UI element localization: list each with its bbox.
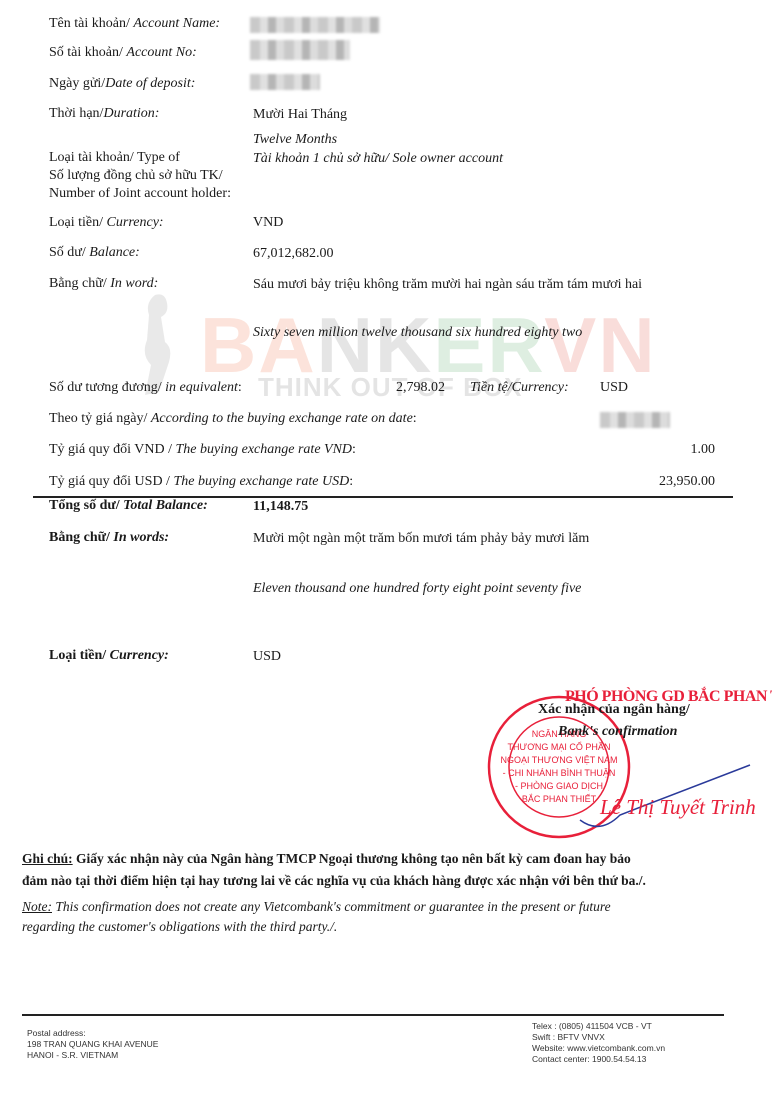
- deposit-date-label: Ngày gửi/Date of deposit:: [49, 76, 195, 92]
- total-words-en: Eleven thousand one hundred forty eight …: [253, 581, 581, 597]
- in-word-label: Bằng chữ/ In word:: [49, 276, 158, 292]
- joint-holders-label: Số lượng đồng chủ sở hữu TK/: [49, 168, 223, 184]
- rate-usd-label: Tỷ giá quy đổi USD / The buying exchange…: [49, 474, 353, 490]
- total-words-label: Bằng chữ/ In words:: [49, 530, 169, 546]
- note-vi-line1: Ghi chú: Giấy xác nhận này của Ngân hàng…: [22, 851, 631, 867]
- duration-label: Thời hạn/Duration:: [49, 106, 159, 122]
- equivalent-label: Số dư tương đương/ in equivalent:: [49, 380, 242, 396]
- note-en-line1: Note: This confirmation does not create …: [22, 899, 611, 915]
- account-no-label: Số tài khoản/ Account No:: [49, 45, 197, 61]
- confirmation-line2: Bank's confirmation: [558, 724, 677, 740]
- note-en-line2: regarding the customer's obligations wit…: [22, 919, 337, 935]
- currency-label: Loại tiền/ Currency:: [49, 215, 164, 231]
- watermark-bankervn: BANKERVN: [200, 300, 657, 391]
- in-word-value-vi: Sáu mươi bảy triệu không trăm mười hai n…: [253, 277, 642, 293]
- rate-date-label: Theo tỷ giá ngày/ According to the buyin…: [49, 411, 417, 427]
- signature-name: Lê Thị Tuyết Trinh: [600, 795, 756, 820]
- svg-text:THƯƠNG MẠI CỔ PHẦN: THƯƠNG MẠI CỔ PHẦN: [508, 741, 611, 752]
- currency-value: VND: [253, 215, 283, 231]
- equivalent-currency-value: USD: [600, 380, 628, 396]
- total-currency-label: Loại tiền/ Currency:: [49, 648, 169, 664]
- account-name-label: Tên tài khoản/ Account Name:: [49, 16, 220, 32]
- balance-label: Số dư/ Balance:: [49, 245, 140, 261]
- equivalent-currency-label: Tiền tệ/Currency:: [470, 380, 569, 396]
- in-word-value-en: Sixty seven million twelve thousand six …: [253, 325, 582, 341]
- deposit-date-value-redacted: [250, 74, 320, 90]
- account-type-value: Tài khoản 1 chủ sở hữu/ Sole owner accou…: [253, 151, 503, 167]
- rate-date-value-redacted: [600, 412, 670, 428]
- total-balance-value: 11,148.75: [253, 499, 308, 515]
- rate-vnd-value: 1.00: [691, 442, 716, 458]
- balance-value: 67,012,682.00: [253, 246, 334, 262]
- total-words-vi: Mười một ngàn một trăm bốn mươi tám phảy…: [253, 531, 589, 547]
- footer-divider: [22, 1014, 724, 1016]
- account-no-value-redacted: [250, 40, 350, 60]
- account-type-label: Loại tài khoản/ Type of: [49, 150, 180, 166]
- total-balance-label: Tổng số dư/ Total Balance:: [49, 498, 208, 514]
- duration-value-en: Twelve Months: [253, 132, 337, 148]
- footer-contact: Telex : (0805) 411504 VCB - VT Swift : B…: [532, 1021, 665, 1065]
- rate-usd-value: 23,950.00: [659, 474, 715, 490]
- total-currency-value: USD: [253, 649, 281, 665]
- footer-postal-address: Postal address: 198 TRAN QUANG KHAI AVEN…: [27, 1028, 158, 1061]
- confirmation-line1: Xác nhận của ngân hàng/: [538, 702, 690, 718]
- equivalent-value: 2,798.02: [396, 380, 445, 396]
- joint-holders-label-en: Number of Joint account holder:: [49, 186, 231, 202]
- note-vi-line2: đảm nào tại thời điểm hiện tại hay tương…: [22, 873, 646, 889]
- duration-value: Mười Hai Tháng: [253, 107, 347, 123]
- account-name-value-redacted: [250, 17, 380, 33]
- rate-vnd-label: Tỷ giá quy đổi VND / The buying exchange…: [49, 442, 356, 458]
- footer-website: Website: www.vietcombank.com.vn: [532, 1043, 665, 1054]
